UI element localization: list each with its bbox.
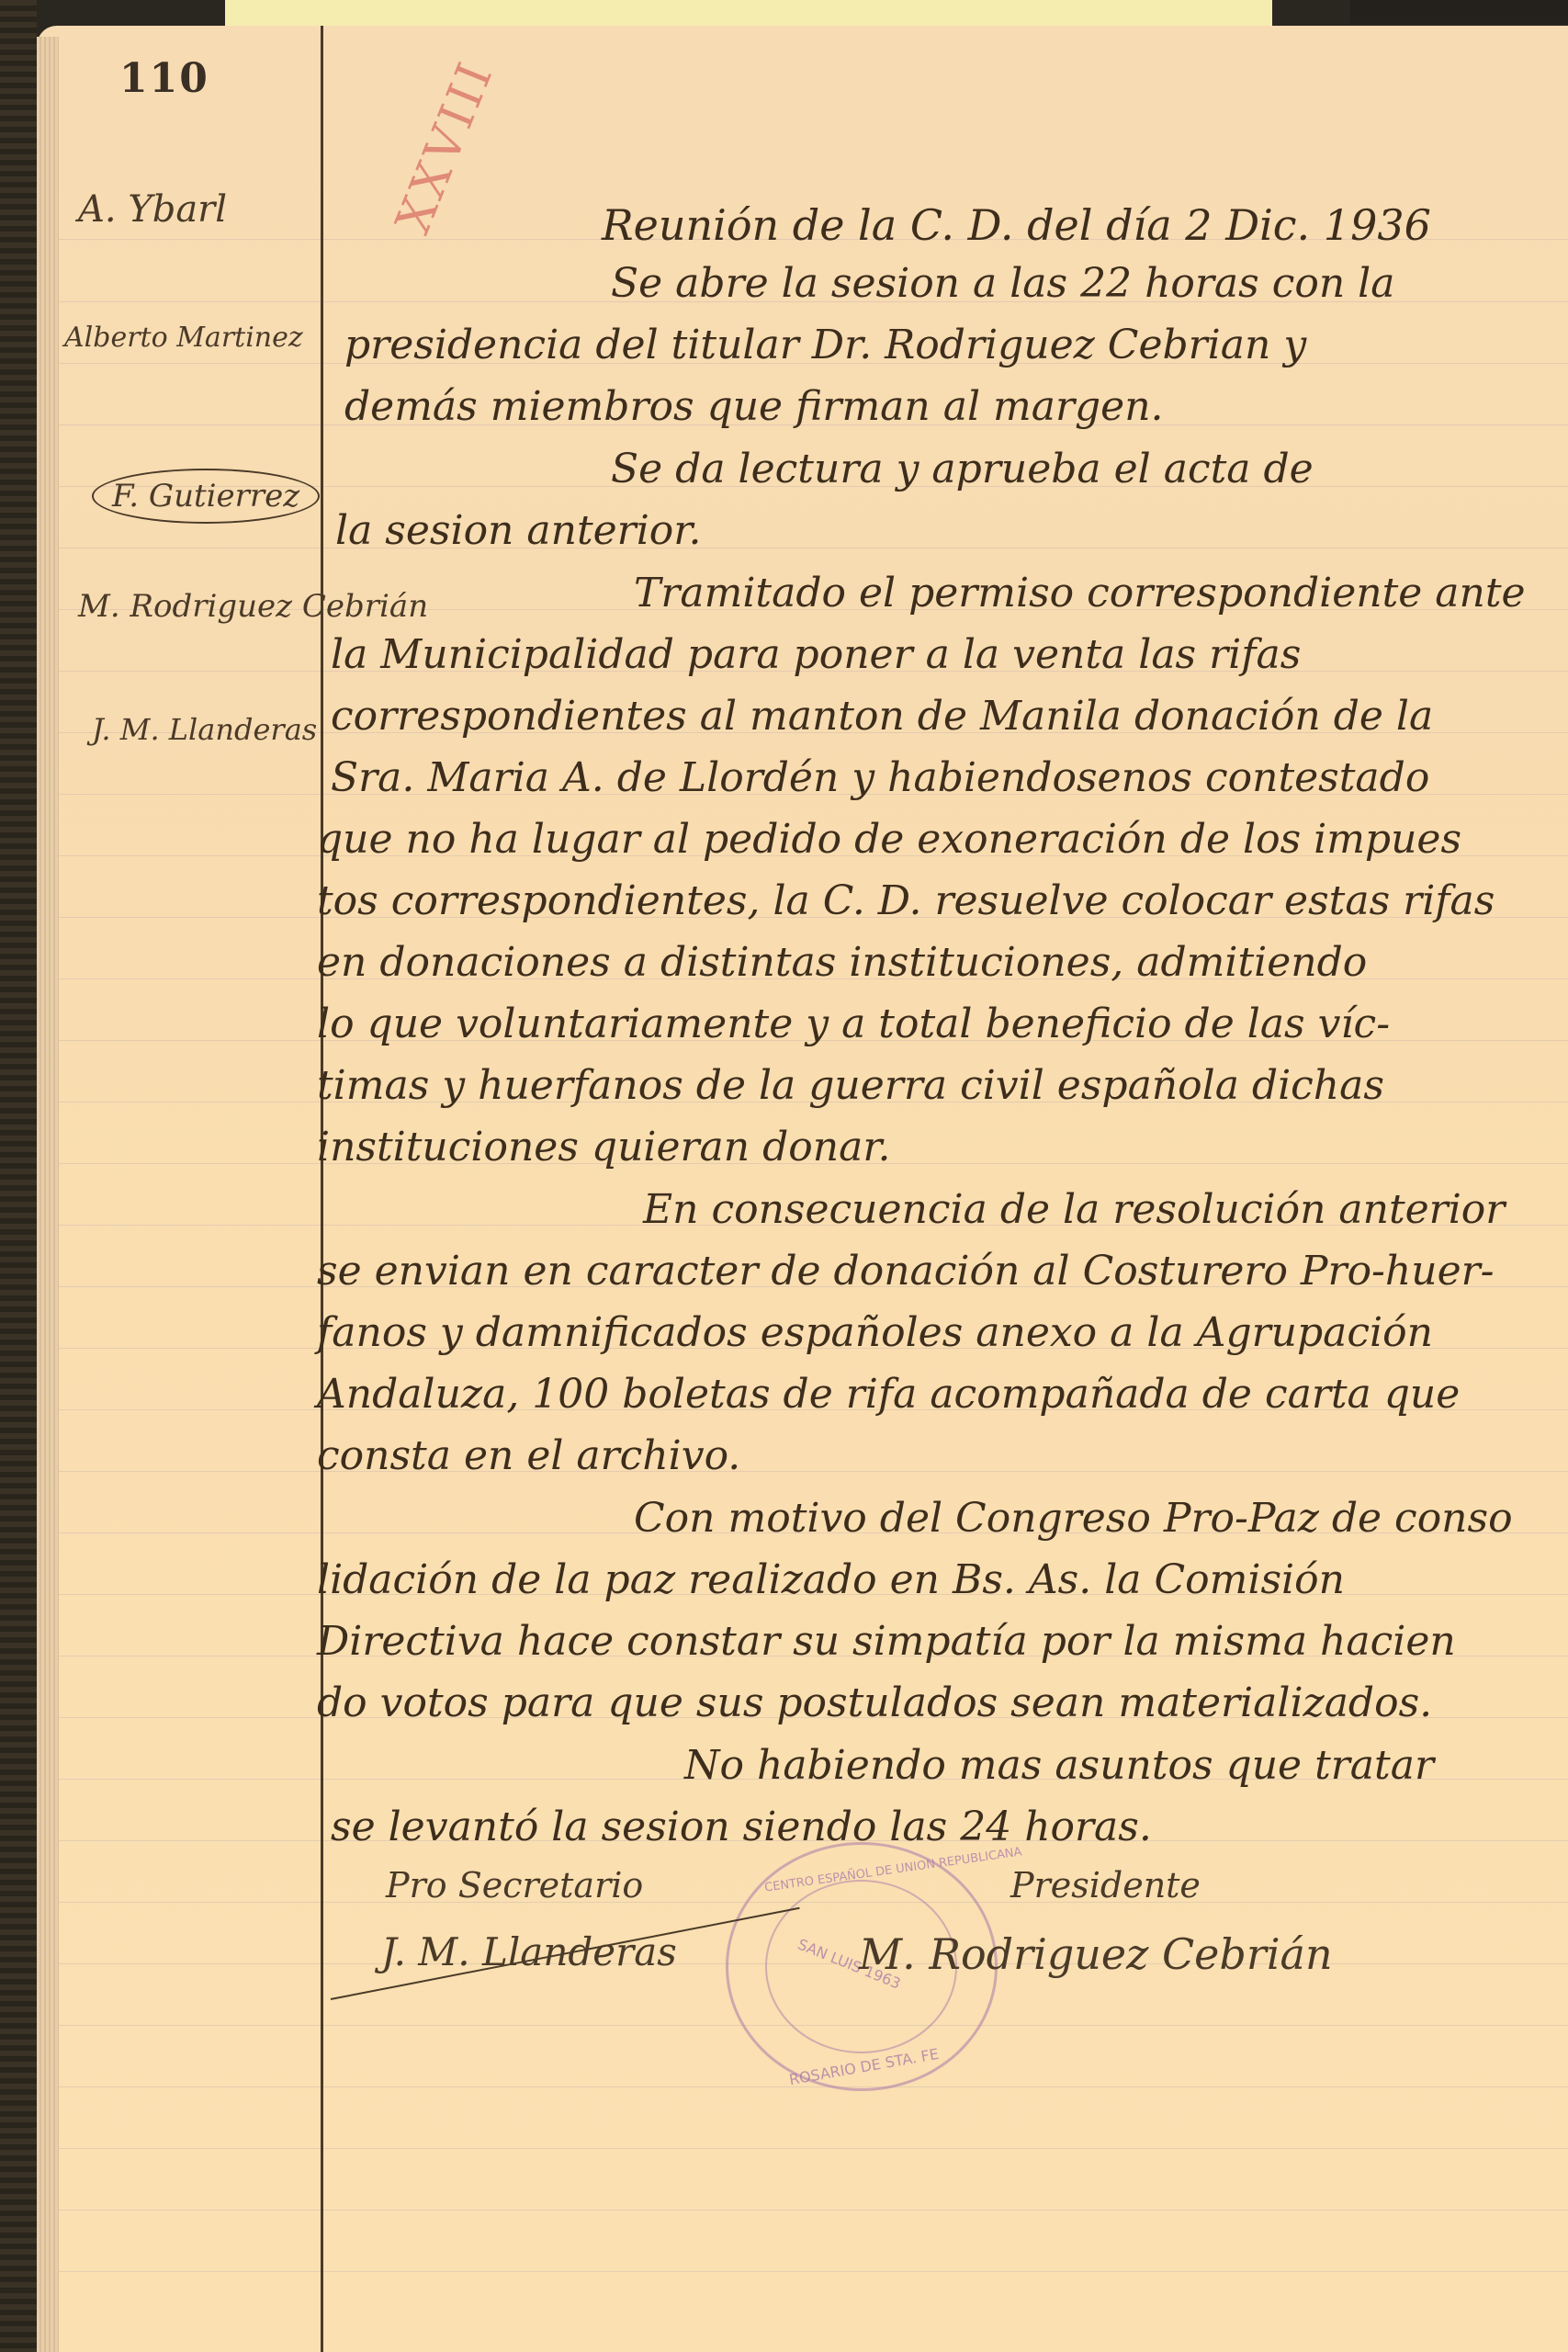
- margin-signature-2: Alberto Martinez: [64, 322, 303, 354]
- meeting-title: Reunión de la C. D. del día 2 Dic. 1936: [602, 200, 1431, 250]
- body-line: presidencia del titular Dr. Rodriguez Ce…: [344, 322, 1306, 368]
- body-line: la sesion anterior.: [335, 507, 701, 554]
- body-line: la Municipalidad para poner a la venta l…: [331, 631, 1301, 678]
- body-line: tos correspondientes, la C. D. resuelve …: [317, 877, 1495, 924]
- margin-signature-3: F. Gutierrez: [92, 469, 320, 524]
- margin-signature-4: M. Rodriguez Cebrián: [78, 588, 428, 625]
- ruled-line: [37, 2210, 1568, 2211]
- body-line: Tramitado el permiso correspondiente ant…: [634, 570, 1526, 616]
- body-line: se levantó la sesion siendo las 24 horas…: [331, 1804, 1152, 1850]
- margin-signature-5: J. M. Llanderas: [92, 712, 317, 747]
- body-line: Con motivo del Congreso Pro-Paz de conso: [634, 1495, 1513, 1542]
- margin-signature-1: A. Ybarl: [78, 188, 227, 231]
- pro-secretario-signature: J. M. Llanderas: [381, 1929, 677, 1974]
- body-line: Se da lectura y aprueba el acta de: [611, 446, 1314, 492]
- body-line: correspondientes al manton de Manila don…: [331, 693, 1433, 740]
- dark-corner: [1350, 0, 1568, 24]
- page-edges: [37, 37, 59, 2352]
- body-line: Directiva hace constar su simpatía por l…: [317, 1618, 1456, 1665]
- presidente-signature: M. Rodriguez Cebrián: [859, 1929, 1333, 1979]
- body-line: se envian en caracter de donación al Cos…: [317, 1248, 1495, 1295]
- body-line: en donaciones a distintas instituciones,…: [317, 939, 1367, 986]
- pro-secretario-label: Pro Secretario: [386, 1865, 643, 1905]
- body-line: fanos y damnificados españoles anexo a l…: [317, 1309, 1433, 1356]
- body-line: lo que voluntariamente y a total benefic…: [317, 1001, 1390, 1047]
- ruled-line: [37, 548, 1568, 548]
- body-line: demás miembros que firman al margen.: [344, 383, 1164, 430]
- body-line: timas y huerfanos de la guerra civil esp…: [317, 1062, 1384, 1109]
- ruled-line: [37, 2086, 1568, 2087]
- margin-rule: [321, 26, 323, 2352]
- body-line: do votos para que sus postulados sean ma…: [317, 1679, 1432, 1726]
- body-line: consta en el archivo.: [317, 1432, 740, 1479]
- book-binding: [0, 0, 37, 2352]
- page-number: 110: [119, 55, 209, 102]
- ruled-line: [37, 2148, 1568, 2149]
- body-line: lidación de la paz realizado en Bs. As. …: [317, 1556, 1345, 1603]
- body-line: Andaluza, 100 boletas de rifa acompañada…: [317, 1371, 1460, 1418]
- body-line: instituciones quieran donar.: [317, 1124, 891, 1170]
- body-line: No habiendo mas asuntos que tratar: [684, 1742, 1434, 1789]
- body-line: Sra. Maria A. de Llordén y habiendosenos…: [331, 754, 1429, 801]
- ruled-line: [37, 1471, 1568, 1472]
- ruled-line: [37, 2271, 1568, 2272]
- presidente-label: Presidente: [1010, 1865, 1201, 1905]
- yellow-paper-behind: [225, 0, 1272, 28]
- body-line: En consecuencia de la resolución anterio…: [643, 1186, 1505, 1233]
- body-line: Se abre la sesion a las 22 horas con la: [611, 260, 1395, 307]
- body-line: que no ha lugar al pedido de exoneración…: [317, 816, 1461, 863]
